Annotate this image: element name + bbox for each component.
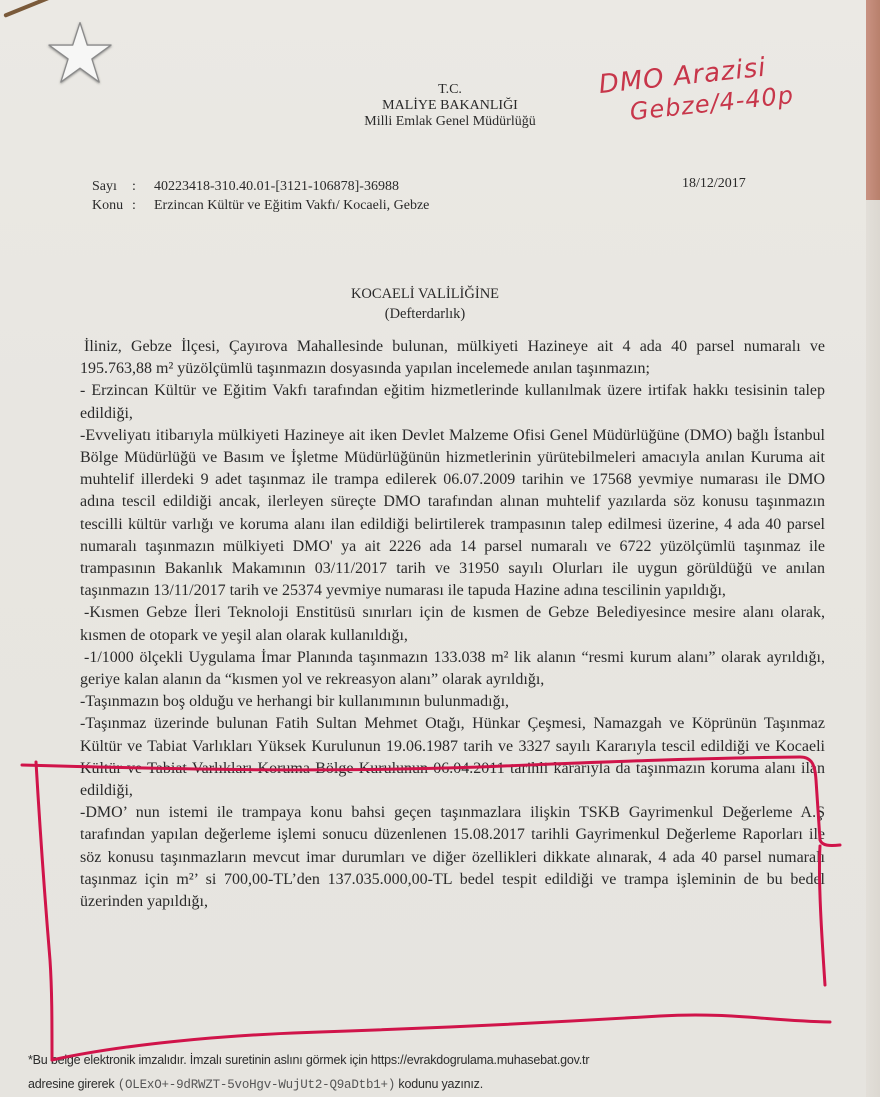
letterhead-tc: T.C. xyxy=(300,82,600,98)
favorite-star-icon[interactable] xyxy=(46,20,114,86)
footer-line2: adresine girerek (OLExO+-9dRWZT-5voHgv-W… xyxy=(28,1072,828,1097)
verification-code: (OLExO+-9dRWZT-5voHgv-WujUt2-Q9aDtb1+) xyxy=(118,1078,395,1092)
page-edge xyxy=(866,0,880,200)
sayi-label: Sayı xyxy=(92,177,132,196)
paragraph-easement-request: - Erzincan Kültür ve Eğitim Vakfı tarafı… xyxy=(80,380,825,424)
letterhead-ministry: MALİYE BAKANLIĞI xyxy=(300,98,600,114)
letterhead-directorate: Milli Emlak Genel Müdürlüğü xyxy=(300,114,600,130)
paragraph-zoning: -1/1000 ölçekli Uygulama İmar Planında t… xyxy=(80,647,825,691)
addressee-subtitle: (Defterdarlık) xyxy=(300,304,550,324)
paragraph-history: -Evveliyatı itibarıyla mülkiyeti Haziney… xyxy=(80,425,825,603)
paragraph-usage: -Kısmen Gebze İleri Teknoloji Enstitüsü … xyxy=(80,602,825,646)
sayi-separator: : xyxy=(132,177,154,196)
document-date: 18/12/2017 xyxy=(682,176,746,192)
sayi-value: 40223418-310.40.01-[3121-106878]-36988 xyxy=(154,177,399,196)
footer-line1: *Bu belge elektronik imzalıdır. İmzalı s… xyxy=(28,1048,828,1072)
document-meta: Sayı : 40223418-310.40.01-[3121-106878]-… xyxy=(92,177,429,215)
paragraph-heritage: -Taşınmaz üzerinde bulunan Fatih Sultan … xyxy=(80,713,825,802)
konu-separator: : xyxy=(132,196,154,215)
addressee-title: KOCAELİ VALİLİĞİNE xyxy=(300,284,550,304)
paragraph-intro: İliniz, Gebze İlçesi, Çayırova Mahallesi… xyxy=(80,336,825,380)
konu-label: Konu xyxy=(92,196,132,215)
addressee: KOCAELİ VALİLİĞİNE (Defterdarlık) xyxy=(300,284,550,324)
page-edge-lower xyxy=(866,200,880,1097)
paragraph-vacant: -Taşınmazın boş olduğu ve herhangi bir k… xyxy=(80,691,825,713)
footer-prefix: adresine girerek xyxy=(28,1077,118,1091)
footer-suffix: kodunu yazınız. xyxy=(395,1077,483,1091)
letterhead: T.C. MALİYE BAKANLIĞI Milli Emlak Genel … xyxy=(300,82,600,130)
paragraph-valuation: -DMO’ nun istemi ile trampaya konu bahsi… xyxy=(80,802,825,913)
document-body: İliniz, Gebze İlçesi, Çayırova Mahallesi… xyxy=(80,336,825,913)
konu-value: Erzincan Kültür ve Eğitim Vakfı/ Kocaeli… xyxy=(154,196,429,215)
e-signature-footer: *Bu belge elektronik imzalıdır. İmzalı s… xyxy=(28,1048,828,1097)
